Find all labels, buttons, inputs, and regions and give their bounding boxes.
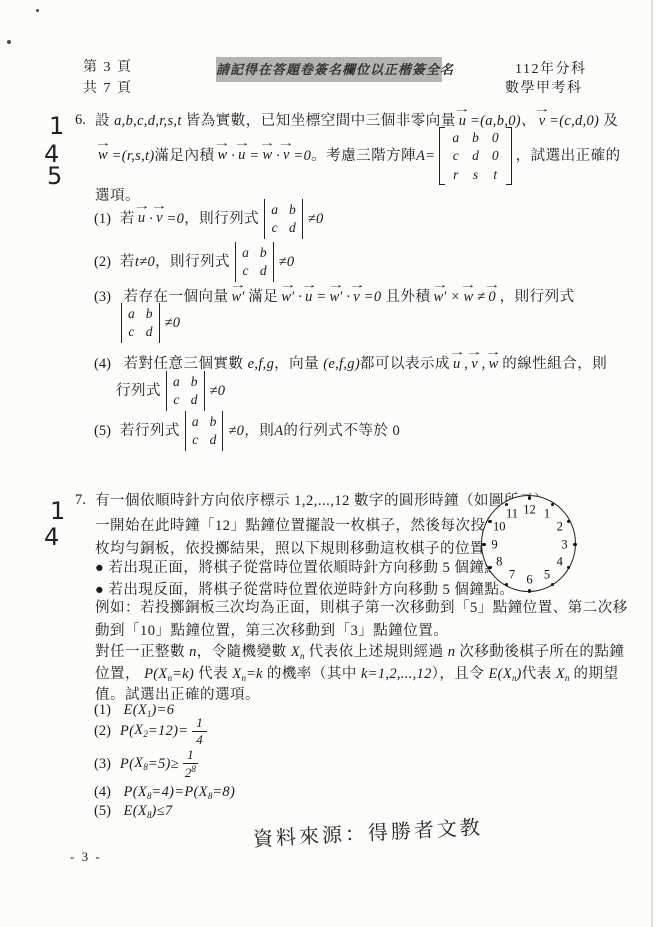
option-label: (5) — [94, 803, 111, 819]
header-signature-notice: 請記得在答題卷簽名欄位以正楷簽全名 — [216, 57, 442, 82]
math-run: ≠0 — [165, 314, 181, 333]
clock-number: 7 — [509, 567, 515, 582]
text-run: ，則行列式 — [184, 210, 259, 229]
matrix-cell: a — [271, 201, 278, 219]
math-run: P( — [120, 755, 134, 774]
vector-arrow-icon: → — [460, 281, 477, 291]
q6-line-1: 設 a,b,c,d,r,s,t 皆為實數，已知坐標空間中三個非零向量→u=(a,… — [95, 112, 618, 131]
math-run: ≠0 — [279, 253, 295, 272]
clock-tick-dot — [505, 503, 508, 506]
text-run: 次移動後棋子所在的點鐘 — [455, 644, 624, 660]
clock-number: 9 — [491, 537, 497, 552]
vector-base: u — [453, 356, 460, 372]
option-content: 若存在一個向量→w′滿足→w′·→u=→w′·→v=0 且外積→w′×→w≠→0… — [124, 289, 575, 305]
text-run: 皆為實數，已知坐標空間中三個非零向量 — [182, 113, 456, 129]
margin-handwritten-digit: 4 — [44, 525, 59, 549]
math-run: =k — [246, 666, 263, 682]
matrix-3x3: ab0cd0rst — [439, 127, 511, 186]
text-run: ，則行列式 — [500, 289, 575, 305]
margin-handwritten-digit: 1 — [49, 114, 64, 138]
matrix-cell: d — [472, 147, 479, 165]
math-sub: X8 — [134, 754, 148, 774]
math-run: A= — [416, 147, 435, 166]
matrix-cell: a — [452, 129, 459, 147]
option-label: (4) — [94, 784, 111, 800]
margin-handwritten-digit: 1 — [50, 499, 65, 523]
math-run: · — [231, 147, 235, 166]
matrix-cell: c — [128, 323, 135, 341]
matrix-cell: d — [146, 323, 153, 341]
text-run: 若行列式 — [120, 422, 180, 441]
vector-arrow-icon: → — [151, 202, 168, 212]
math-sub: Xn — [232, 666, 246, 682]
clock-tick-dot — [573, 543, 576, 546]
math-run: · — [276, 147, 280, 166]
q7-option-3: (3) P(X8=5)≥128 — [94, 749, 202, 779]
math-run: k=1,2,...,12 — [361, 666, 432, 682]
matrix-cell: c — [452, 147, 459, 165]
text-run: 有一個依順時針方向依序標示 1,2,...,12 數字的圓形時鐘（如圖所示）。 — [95, 493, 557, 509]
q7-line-3: 枚均勻銅板，依投擲結果，照以下規則移動這枚棋子的位置： — [95, 540, 500, 559]
q7-line-8: 對任一正整數 n，令隨機變數 Xn 代表依上述規則經過 n 次移動後棋子所在的點… — [95, 643, 624, 663]
text-run: 都可以表示成 — [360, 356, 450, 372]
option-content: 若 t≠0，則行列式abcd≠0 — [120, 242, 294, 282]
option-label: (3) — [94, 755, 111, 774]
math-run: (e,f,g) — [323, 356, 360, 372]
math-run: =(c,d,0) — [549, 113, 599, 129]
matrix-cell: d — [191, 391, 198, 409]
math-run: · — [346, 289, 350, 305]
clock-tick-dot — [567, 566, 570, 569]
matrix-cell: a — [173, 373, 180, 391]
option-label: (1) — [94, 210, 111, 229]
option-label: (4) — [94, 356, 111, 372]
clock-tick-dot — [567, 520, 570, 523]
text-run: 一開始在此時鐘「12」點鐘位置擺設一枚棋子，然後每次投擲一 — [95, 518, 516, 534]
matrix-cell: b — [146, 305, 153, 323]
matrix-cell: c — [173, 391, 180, 409]
vector-base: w — [217, 147, 227, 163]
clock-figure: 121234567891011 — [481, 495, 576, 592]
vector: →w — [98, 147, 108, 164]
math-run: a,b,c,d,r,s,t — [114, 113, 182, 129]
math-run: =12)= — [148, 722, 188, 741]
math-run: × — [450, 289, 460, 305]
vector: →w′ — [232, 289, 245, 306]
vector-base: v — [539, 113, 545, 129]
text-run: 位置， — [95, 666, 144, 682]
matrix-cell: 0 — [492, 129, 499, 147]
math-run: =k) — [172, 666, 194, 682]
matrix-cell: r — [452, 166, 459, 184]
option-label: (3) — [94, 289, 111, 305]
clock-tick-dot — [488, 566, 491, 569]
math-sub: X8 — [138, 803, 152, 819]
math-run: )≤7 — [152, 803, 173, 819]
text-run: 的線性組合，則 — [502, 356, 607, 372]
vector-arrow-icon: → — [133, 202, 150, 212]
text-run: ，令隨機變數 — [197, 644, 291, 660]
matrix-cell: b — [260, 244, 267, 262]
q6-line-2: →w=(r,s,t) 滿足內積→w·→u=→w·→v=0。考慮三階方陣 A=ab… — [95, 130, 621, 182]
vector-base: u — [238, 147, 245, 163]
vector-base: 0 — [488, 289, 495, 305]
clock-tick-dot — [551, 583, 554, 586]
math-sub: Xn — [503, 666, 517, 682]
text-run: ● 若出現反面，將棋子從當時位置依逆時針方向移動 5 個鐘點。 — [95, 582, 514, 598]
math-run: =4)=P( — [152, 784, 199, 800]
vector-base: u — [138, 210, 145, 226]
scan-edge-line — [651, 0, 653, 927]
text-run: ，則行列式 — [155, 253, 230, 272]
math-sub: Xn — [158, 666, 172, 682]
text-run: 及 — [599, 113, 618, 129]
matrix-cell: b — [210, 413, 217, 431]
q7-option-4: (4) P(X8=4)=P(X8=8) — [94, 783, 235, 803]
option-content: P(X8=5)≥128 — [120, 747, 202, 780]
clock-tick-dot — [528, 496, 531, 499]
math-run: ≠0 — [210, 382, 226, 401]
math-run: = — [249, 147, 259, 166]
vector: →u — [138, 210, 145, 227]
math-run: n — [189, 644, 197, 660]
text-run: ● 若出現正面，將棋子從當時位置依順時針方向移動 5 個鐘點。 — [95, 560, 514, 576]
math-run: =8) — [212, 784, 235, 800]
question-7-number: 7. — [75, 492, 86, 509]
vector-base: v — [156, 210, 162, 226]
q7-option-5: (5) E(X8)≤7 — [94, 802, 172, 822]
text-run: 動到「10」點鐘位置，第三次移動到「3」點鐘位置。 — [95, 623, 448, 639]
vector: →v — [156, 210, 162, 227]
math-run: ≠0 — [228, 422, 244, 441]
math-run: =0 — [364, 289, 382, 305]
matrix-cell: c — [192, 431, 199, 449]
vector-base: v — [283, 147, 289, 163]
math-run: P( — [144, 666, 158, 682]
vector: →w — [262, 147, 272, 164]
vector-base: w′ — [434, 289, 447, 305]
clock-number: 6 — [526, 572, 532, 587]
text-run: 代表 — [194, 666, 232, 682]
clock-number: 4 — [557, 555, 563, 570]
option-label: (5) — [94, 422, 111, 441]
text-run: 行列式 — [116, 382, 161, 401]
text-run: 。考慮三階方陣 — [311, 147, 416, 166]
clock-tick-dot — [528, 589, 531, 592]
q7-option-2: (2) P(X2=12)=14 — [94, 716, 211, 746]
clock-number: 11 — [506, 507, 518, 522]
fraction: 14 — [192, 715, 207, 747]
math-run: = — [316, 289, 326, 305]
vector-arrow-icon: → — [259, 139, 276, 149]
vector: →v — [353, 289, 359, 306]
q7-line-1: 有一個依順時針方向依序標示 1,2,...,12 數字的圓形時鐘（如圖所示）。 — [95, 492, 557, 511]
math-run: t≠0 — [135, 253, 155, 272]
scan-speck — [7, 40, 11, 44]
option-label: (2) — [94, 722, 111, 741]
matrix-cell: d — [289, 219, 296, 237]
math-run: , — [464, 356, 468, 372]
matrix-cell: c — [242, 262, 249, 280]
header-page-number-line2: 共 7 頁 — [83, 77, 133, 97]
q7-bullet-1: ● 若出現正面，將棋子從當時位置依順時針方向移動 5 個鐘點。 — [95, 559, 514, 578]
vector-base: w′ — [232, 289, 245, 305]
vector-arrow-icon: → — [466, 348, 483, 358]
text-run: 若對任意三個實數 — [124, 356, 248, 372]
text-run: 的機率（其中 — [263, 666, 361, 682]
vector-arrow-icon: → — [278, 139, 295, 149]
matrix-cell: d — [210, 431, 217, 449]
math-run: e,f,g — [248, 356, 274, 372]
clock-number: 8 — [496, 555, 502, 570]
text-run: 枚均勻銅板，依投擲結果，照以下規則移動這枚棋子的位置： — [95, 541, 500, 557]
question-6-number: 6. — [75, 112, 86, 129]
determinant-2x2: abcd — [166, 371, 205, 411]
q6-option-2: (2) 若 t≠0，則行列式abcd≠0 — [94, 243, 294, 281]
bracket-right — [506, 127, 512, 186]
determinant-2x2: abcd — [185, 411, 224, 451]
option-content: P(X2=12)=14 — [120, 715, 211, 747]
option-content: 若 →u·→v=0，則行列式abcd≠0 — [120, 199, 324, 239]
text-run: 對任一正整數 — [95, 644, 189, 660]
vector: →u — [238, 147, 245, 164]
vector-base: v — [353, 289, 359, 305]
q6-option-1: (1) 若 →u·→v=0，則行列式abcd≠0 — [94, 200, 324, 238]
math-run: · — [149, 210, 153, 229]
denominator: 28 — [183, 764, 198, 781]
option-label: (2) — [94, 253, 111, 272]
text-run: ），且令 — [432, 666, 489, 682]
text-run: 設 — [95, 113, 114, 129]
matrix-cell: a — [128, 305, 135, 323]
vector-arrow-icon: → — [431, 281, 448, 291]
vector-base: w′ — [281, 289, 294, 305]
text-run: ，試選出正確的 — [516, 147, 621, 166]
clock-tick-dot — [551, 503, 554, 506]
math-run: A — [274, 422, 283, 441]
math-sub: X8 — [138, 784, 152, 800]
matrix-grid: ab0cd0rst — [445, 127, 505, 186]
vector: →u — [453, 356, 460, 373]
clock-number: 5 — [544, 567, 550, 582]
vector: →w — [217, 147, 227, 164]
vector-arrow-icon: → — [279, 281, 296, 291]
text-run: 滿足 — [248, 289, 278, 305]
text-run: 若 — [120, 210, 135, 229]
vector: →w′ — [281, 289, 294, 306]
math-run: · — [298, 289, 302, 305]
vector-arrow-icon: → — [327, 281, 344, 291]
clock-tick-dot — [488, 520, 491, 523]
clock-number: 3 — [561, 537, 567, 552]
denominator: 4 — [194, 732, 205, 748]
math-run: =0 — [293, 147, 311, 166]
vector: →0 — [488, 289, 495, 306]
text-run: 且外積 — [381, 289, 430, 305]
text-run: ，向量 — [274, 356, 323, 372]
q6-option-4-line2: 行列式abcd≠0 — [116, 372, 225, 410]
clock-number: 12 — [523, 502, 536, 517]
q7-line-2: 一開始在此時鐘「12」點鐘位置擺設一枚棋子，然後每次投擲一 — [95, 517, 516, 536]
math-run: =0 — [167, 210, 185, 229]
determinant-2x2: abcd — [121, 303, 160, 343]
text-run: 的行列式不等於 0 — [283, 422, 400, 441]
vector: →v — [539, 113, 545, 130]
vector: →w — [489, 356, 499, 373]
determinant-2x2: abcd — [264, 199, 303, 239]
matrix-cell: s — [472, 166, 479, 184]
math-run: ≠ — [477, 289, 485, 305]
vector-arrow-icon: → — [229, 281, 246, 291]
vector-arrow-icon: → — [94, 139, 111, 149]
q7-line-6: 例如：若投擲銅板三次均為正面，則棋子第一次移動到「5」點鐘位置、第二次移 — [95, 599, 628, 618]
option-content: 若對任意三個實數 e,f,g，向量 (e,f,g)都可以表示成→u,→v,→w的… — [124, 356, 608, 372]
vector: →v — [283, 147, 289, 164]
vector-base: w — [262, 147, 272, 163]
determinant-2x2: abcd — [235, 242, 274, 282]
q6-option-3-line2: abcd≠0 — [116, 304, 180, 342]
math-run: E( — [124, 803, 138, 819]
math-run: E( — [489, 666, 503, 682]
math-sub: X8 — [199, 784, 213, 800]
header-page-number-line1: 第 3 頁 — [83, 56, 133, 76]
vector-arrow-icon: → — [533, 105, 550, 115]
handwritten-source-note: 資料來源：得勝者文教 — [252, 811, 483, 852]
scan-speck — [36, 9, 39, 12]
vector-base: w — [98, 147, 108, 163]
math-run: ≠0 — [308, 210, 324, 229]
math-sub: Xn — [556, 666, 570, 682]
math-run: P( — [120, 722, 134, 741]
matrix-cell: a — [242, 244, 249, 262]
math-run: =(r,s,t) — [112, 147, 155, 166]
clock-number: 1 — [544, 507, 550, 522]
vector-arrow-icon: → — [233, 139, 250, 149]
text-run: 代表 — [522, 666, 556, 682]
numerator: 1 — [183, 747, 198, 764]
vector: →w′ — [330, 289, 343, 306]
q7-bullet-2: ● 若出現反面，將棋子從當時位置依逆時針方向移動 5 個鐘點。 — [95, 581, 514, 600]
vector: →w′ — [434, 289, 447, 306]
vector-arrow-icon: → — [485, 348, 502, 358]
math-run: =5)≥ — [148, 755, 179, 774]
q7-line-9: 位置， P(Xn=k) 代表 Xn=k 的機率（其中 k=1,2,...,12）… — [95, 665, 619, 685]
clock-tick-dot — [505, 583, 508, 586]
vector-base: v — [471, 356, 477, 372]
math-sub: Xn — [291, 644, 305, 660]
vector-arrow-icon: → — [214, 139, 231, 149]
q6-option-5: (5) 若行列式abcd≠0，則 A 的行列式不等於 0 — [94, 412, 400, 450]
q7-line-7: 動到「10」點鐘位置，第三次移動到「3」點鐘位置。 — [95, 622, 448, 641]
footer-page-number: - 3 - — [70, 849, 102, 865]
math-run: P( — [124, 784, 138, 800]
text-run: 滿足內積 — [154, 147, 214, 166]
clock-tick-dot — [482, 543, 485, 546]
matrix-cell: 0 — [492, 147, 499, 165]
vector-base: w′ — [330, 289, 343, 305]
margin-handwritten-digit: 5 — [47, 164, 62, 188]
text-run: 若 — [120, 253, 135, 272]
fraction: 128 — [183, 747, 198, 780]
clock-number: 2 — [557, 520, 563, 535]
vector: →v — [471, 356, 477, 373]
option-content: P(X8=4)=P(X8=8) — [124, 784, 236, 800]
vector-base: u — [305, 289, 312, 305]
matrix-cell: b — [191, 373, 198, 391]
header-exam-subject: 數學甲考科 — [505, 77, 583, 97]
vector-arrow-icon: → — [454, 105, 471, 115]
vector-base: w — [489, 356, 499, 372]
vector: →w — [463, 289, 473, 306]
vector-arrow-icon: → — [300, 281, 317, 291]
vector: →u — [305, 289, 312, 306]
matrix-cell: a — [192, 413, 199, 431]
math-run: , — [482, 356, 486, 372]
vector-base: w — [463, 289, 473, 305]
numerator: 1 — [192, 715, 207, 732]
clock-number: 10 — [493, 520, 506, 535]
matrix-cell: d — [260, 262, 267, 280]
text-run: ，則 — [244, 422, 274, 441]
math-sub: X2 — [134, 721, 148, 741]
vector-arrow-icon: → — [448, 348, 465, 358]
vector-arrow-icon: → — [484, 281, 501, 291]
header-exam-year: 112年分科 — [515, 58, 586, 78]
option-content: 若行列式abcd≠0，則 A 的行列式不等於 0 — [120, 411, 400, 451]
matrix-cell: t — [492, 166, 499, 184]
option-content: E(X8)≤7 — [124, 803, 173, 819]
matrix-cell: b — [289, 201, 296, 219]
text-run: 的期望 — [569, 666, 618, 682]
matrix-cell: c — [271, 219, 278, 237]
text-run: 代表依上述規則經過 — [304, 644, 447, 660]
matrix-cell: b — [472, 129, 479, 147]
vector-arrow-icon: → — [348, 281, 365, 291]
text-run: 例如：若投擲銅板三次均為正面，則棋子第一次移動到「5」點鐘位置、第二次移 — [95, 600, 628, 616]
exam-page-scan: 第 3 頁 共 7 頁 請記得在答題卷簽名欄位以正楷簽全名 112年分科 數學甲… — [0, 0, 656, 927]
exponent: 8 — [191, 764, 196, 774]
